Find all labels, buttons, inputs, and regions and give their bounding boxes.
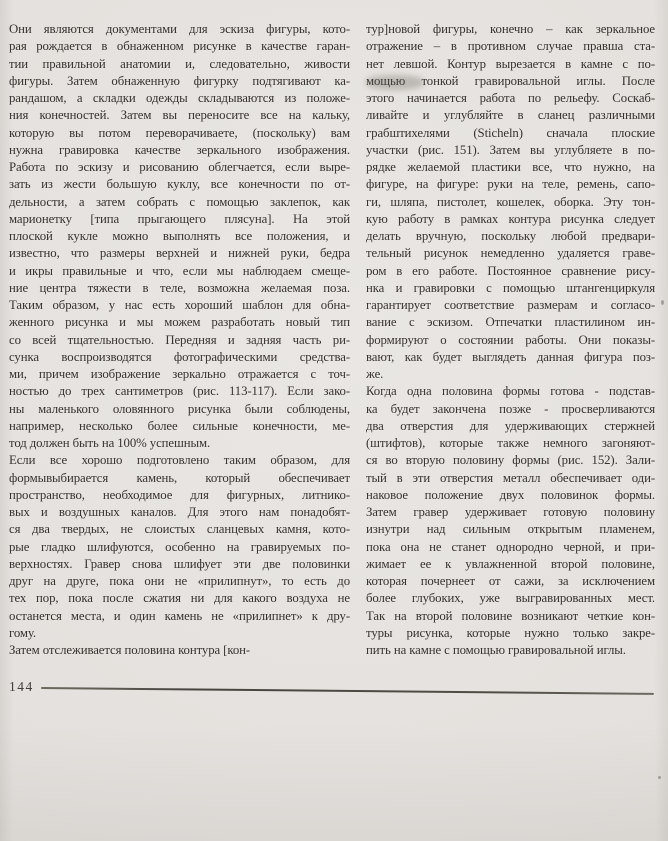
text-line: делать вручную, поскольку любой предвари…: [366, 228, 655, 245]
text-line: пространство, необходимое для фигурных, …: [9, 487, 350, 504]
text-line: вых и воздушных каналов. Для этого нам п…: [9, 504, 350, 521]
text-line: гому.: [9, 625, 350, 642]
text-line: более глубоких, уже выгравированных мест…: [366, 590, 655, 607]
text-line: которая почернеет от сажи, за исключение…: [366, 573, 655, 590]
text-line: которую вы потом переворачиваете, (поско…: [9, 125, 350, 142]
text-line: ся два твердых, не слоистых сланцевых ка…: [9, 521, 350, 538]
text-line: сунка воспроизводятся фотографическими с…: [9, 349, 350, 366]
text-line: пока она не станет однородно черной, и п…: [366, 539, 655, 556]
paragraph: Они являются документами для эскиза фигу…: [9, 21, 350, 452]
text-line: тур]новой фигуры, конечно – как зеркальн…: [366, 21, 655, 38]
text-line: изнутри над сильным открытым пламенем,: [366, 521, 655, 538]
text-line: ностью до трех сантиметров (рис. 113-117…: [9, 383, 350, 400]
text-line: туры рисунка, которые нужно только закре…: [366, 625, 655, 642]
text-line: рядке желаемой пластики все, что нужно, …: [366, 159, 655, 176]
text-line: рые гладко шлифуются, особенно на гравир…: [9, 539, 350, 556]
text-line: ния конечностей. Затем вы переносите все…: [9, 107, 350, 124]
text-line: Затем гравер удерживает готовую половину: [366, 504, 655, 521]
text-line: кую работу в рамках контура рисунка след…: [366, 211, 655, 228]
text-line: нка и гравировки с помощью штангенциркул…: [366, 280, 655, 297]
text-line: мощью тонкой гравировальной иглы. После: [366, 73, 655, 90]
text-line: ся во вторую половину формы (рис. 152). …: [366, 452, 655, 469]
text-line: наковое положение двух половинок формы.: [366, 487, 655, 504]
text-line: ние центра тяжести в теле, возможна жела…: [9, 280, 350, 297]
text-line: нужна гравировка качестве зеркального из…: [9, 142, 350, 159]
text-line: дельности, а затем собрать с помощью зак…: [9, 194, 350, 211]
text-line: рая рождается в обнаженном рисунке в кач…: [9, 38, 350, 55]
text-line: (штифтов), которые также немного загоняю…: [366, 435, 655, 452]
text-line: друг на друге, пока они не «прилипнут», …: [9, 573, 350, 590]
text-line: Когда одна половина формы готова - подст…: [366, 383, 655, 400]
book-page: { "document": { "language": "ru", "color…: [0, 0, 668, 841]
left-column: Они являются документами для эскиза фигу…: [9, 21, 350, 659]
text-line: ны маленького оловянного рисунка были со…: [9, 401, 350, 418]
footer-rule: [41, 687, 654, 695]
right-column: тур]новой фигуры, конечно – как зеркальн…: [366, 21, 655, 659]
text-line: отражение – в противном случае правша ст…: [366, 38, 655, 55]
text-line: фигуры. Затем обнаженную фигурку подтяги…: [9, 73, 350, 90]
text-line: нет левшой. Контур вырезается в камне с …: [366, 56, 655, 73]
text-line: женного рисунка и мы можем разработать н…: [9, 314, 350, 331]
text-line: фигуре, на фигуре: руки на теле, ремень,…: [366, 176, 655, 193]
text-line: со всей тщательностью. Передняя и задняя…: [9, 332, 350, 349]
text-line: формывыбирается камень, который обеспечи…: [9, 470, 350, 487]
text-line: же.: [366, 366, 655, 383]
text-line: тии правильной анатомии и, следовательно…: [9, 56, 350, 73]
text-line: грабштихелями (Sticheln) сначала плоские: [366, 125, 655, 142]
text-line: два отверстия для удерживающих стержней: [366, 418, 655, 435]
text-line: плоской кукле можно выполнять все положе…: [9, 228, 350, 245]
text-line: тый в эти отверстия металл обеспечивает …: [366, 470, 655, 487]
text-line: формируют о состоянии работы. Они показы…: [366, 332, 655, 349]
text-line: например, несколько более сильные конечн…: [9, 418, 350, 435]
text-line: Затем отслеживается половина контура [ко…: [9, 642, 350, 659]
page-number: 144: [9, 679, 34, 695]
text-line: ливайте и углубляйте в сланец различными: [366, 107, 655, 124]
text-line: Если все хорошо подготовлено таким образ…: [9, 452, 350, 469]
text-line: Работа по эскизу и рисованию облегчается…: [9, 159, 350, 176]
text-line: Таким образом, у нас есть хороший шаблон…: [9, 297, 350, 314]
paper-speck: [661, 300, 664, 305]
text-line: рандашом, а складки одежды складываются …: [9, 90, 350, 107]
paper-speck: [658, 776, 661, 779]
text-line: жимает ее к увлажненной второй половине,: [366, 556, 655, 573]
text-line: участки (рис. 151). Затем вы углубляете …: [366, 142, 655, 159]
text-line: тод должен быть на 100% успешным.: [9, 435, 350, 452]
text-line: известно, что размеры верхней и нижней р…: [9, 245, 350, 262]
text-line: тех пор, пока после сжатия ни для какого…: [9, 590, 350, 607]
text-line: марионетку [типа прыгающего плясуна]. На…: [9, 211, 350, 228]
text-line: тельный рисунок немедленно удаляется гра…: [366, 245, 655, 262]
text-line: ром в его работе. Постоянное сравнение р…: [366, 263, 655, 280]
text-line: Они являются документами для эскиза фигу…: [9, 21, 350, 38]
text-line: ми, причем изображение зеркально отражае…: [9, 366, 350, 383]
paragraph: Если все хорошо подготовлено таким образ…: [9, 452, 350, 642]
paragraph: Когда одна половина формы готова - подст…: [366, 383, 655, 659]
paragraph: Затем отслеживается половина контура [ко…: [9, 642, 350, 659]
text-line: вают, как будет выглядеть данная фигура …: [366, 349, 655, 366]
text-line: и икры правильные и что, если мы наблюда…: [9, 263, 350, 280]
text-line: этого начинается работа по рельефу. Соск…: [366, 90, 655, 107]
paragraph: тур]новой фигуры, конечно – как зеркальн…: [366, 21, 655, 383]
text-line: пить на камне с помощью гравировальной и…: [366, 642, 655, 659]
text-line: ги, шляпа, пистолет, кошелек, оборка. Эт…: [366, 194, 655, 211]
text-line: ка будет закончена позже - просверливают…: [366, 401, 655, 418]
text-line: верхностях. Гравер снова шлифует эти две…: [9, 556, 350, 573]
text-line: останется места, и один камень не «прили…: [9, 608, 350, 625]
text-line: зать из жести большую куклу, все конечно…: [9, 176, 350, 193]
text-line: Так на второй половине возникают четкие …: [366, 608, 655, 625]
text-line: вание с эскизом. Отпечатки пластилином и…: [366, 314, 655, 331]
text-line: гарантирует соответствие размерам и согл…: [366, 297, 655, 314]
